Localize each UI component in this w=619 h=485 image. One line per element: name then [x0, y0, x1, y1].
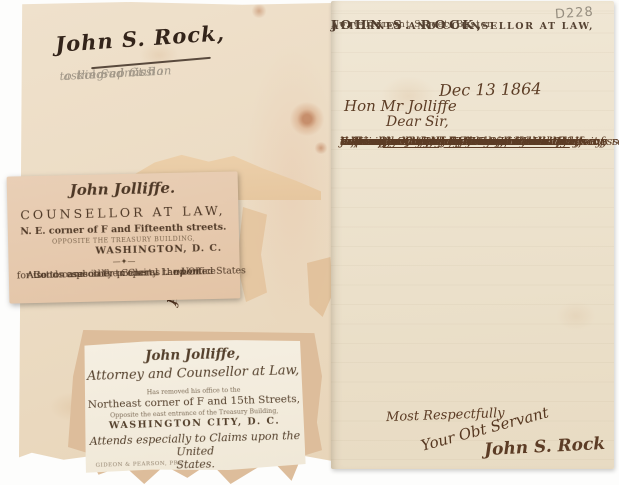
docket-name-ink: John S. Rock,: [54, 20, 225, 57]
foxing-stain: [556, 301, 596, 331]
rust-stain: [289, 102, 325, 136]
card-title: Attorney and Counsellor at Law,: [83, 363, 303, 384]
pencil-annotation-line: to the Sup Ct Bar: [59, 62, 170, 84]
card-title: COUNSELLOR AT LAW,: [7, 202, 238, 222]
letter-signature: John S. Rock: [484, 434, 606, 460]
card-name: John Jolliffe,: [82, 344, 302, 366]
letterhead-address: No. 6 Tremont Street, Boston.: [331, 20, 498, 30]
rust-stain: [251, 4, 267, 18]
card-name: John Jolliffe.: [7, 177, 238, 200]
jolliffe-business-card-large: John Jolliffe, Attorney and Counsellor a…: [82, 337, 306, 474]
jolliffe-business-card-small: John Jolliffe. COUNSELLOR AT LAW, N. E. …: [7, 171, 241, 303]
letter-body-line: You will greatly oblige: [340, 132, 470, 151]
card-services-line: Also to cases in the General Land Office: [17, 267, 216, 282]
letter-recipient: Hon Mr Jolliffe: [344, 97, 457, 115]
photographed-documents: John S. Rock, colored manasking admissio…: [0, 0, 619, 485]
letter-salutation: Dear Sir,: [386, 114, 449, 130]
pencil-annotation: colored manasking admissionto the Sup Ct…: [63, 60, 213, 68]
letter-recto-page: D228 JOHN S. ROCK, ATTORNEY AND COUNSELL…: [331, 1, 614, 469]
archival-pencil-mark: D228: [555, 5, 595, 23]
